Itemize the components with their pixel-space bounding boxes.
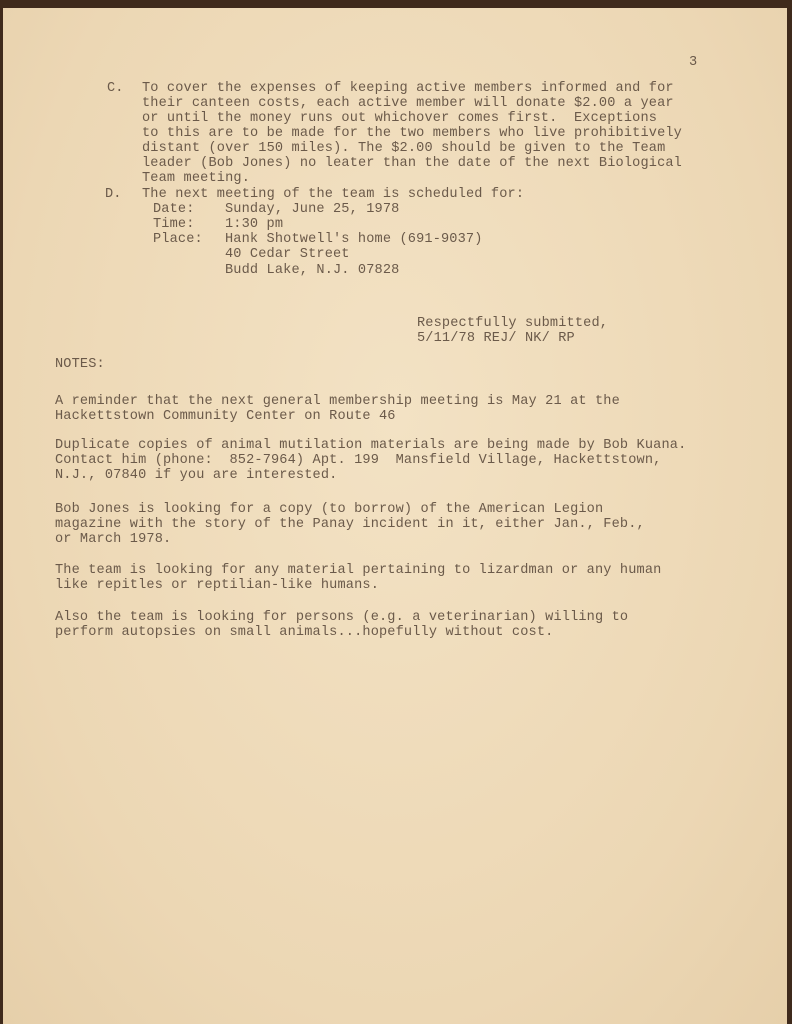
note-line: Duplicate copies of animal mutilation ma… — [55, 439, 686, 454]
section-d-marker: D. — [105, 188, 122, 203]
document-page: 3 C. To cover the expenses of keeping ac… — [3, 8, 787, 1024]
note-line: magazine with the story of the Panay inc… — [55, 518, 645, 533]
page-number: 3 — [689, 56, 697, 71]
section-c-line: their canteen costs, each active member … — [142, 97, 674, 112]
section-c-line: leader (Bob Jones) no leater than the da… — [142, 157, 682, 172]
date-label: Date: — [153, 203, 195, 218]
section-c-line: To cover the expenses of keeping active … — [142, 82, 674, 97]
time-label: Time: — [153, 218, 195, 233]
section-c-marker: C. — [107, 82, 124, 97]
note-line: or March 1978. — [55, 533, 171, 548]
note-line: A reminder that the next general members… — [55, 395, 620, 410]
note-line: perform autopsies on small animals...hop… — [55, 626, 553, 641]
section-d-intro: The next meeting of the team is schedule… — [142, 188, 524, 203]
notes-heading: NOTES: — [55, 358, 105, 373]
section-c-line: distant (over 150 miles). The $2.00 shou… — [142, 142, 665, 157]
place-line: Budd Lake, N.J. 07828 — [225, 264, 399, 279]
time-value: 1:30 pm — [225, 218, 283, 233]
place-line: 40 Cedar Street — [225, 248, 350, 263]
section-c-line: or until the money runs out whichover co… — [142, 112, 657, 127]
note-line: N.J., 07840 if you are interested. — [55, 469, 337, 484]
signature-line: Respectfully submitted, — [417, 317, 608, 332]
note-line: Bob Jones is looking for a copy (to borr… — [55, 503, 603, 518]
note-line: The team is looking for any material per… — [55, 564, 661, 579]
section-c-line: to this are to be made for the two membe… — [142, 127, 682, 142]
signature-initials: 5/11/78 REJ/ NK/ RP — [417, 332, 575, 347]
section-c-line: Team meeting. — [142, 172, 250, 187]
place-line: Hank Shotwell's home (691-9037) — [225, 233, 483, 248]
date-value: Sunday, June 25, 1978 — [225, 203, 399, 218]
note-line: Also the team is looking for persons (e.… — [55, 611, 628, 626]
note-line: like repitles or reptilian-like humans. — [55, 579, 379, 594]
note-line: Hackettstown Community Center on Route 4… — [55, 410, 396, 425]
note-line: Contact him (phone: 852-7964) Apt. 199 M… — [55, 454, 661, 469]
place-label: Place: — [153, 233, 203, 248]
